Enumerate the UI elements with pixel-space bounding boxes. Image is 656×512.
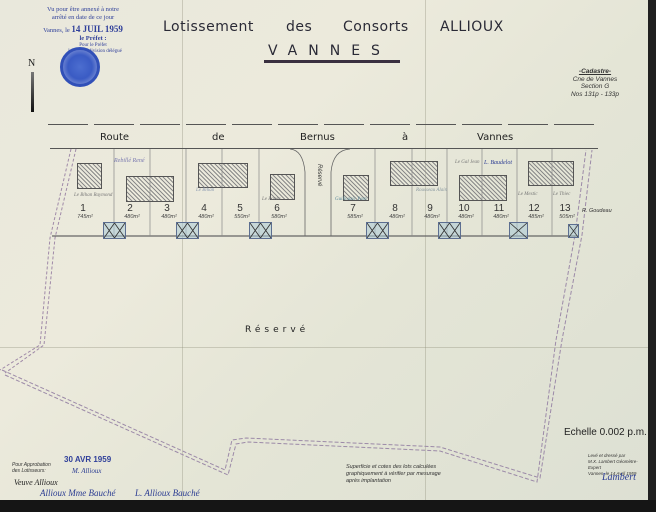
lot-9: 9480m² <box>418 203 446 220</box>
garage-marker-icon <box>176 222 199 239</box>
parcel-outline-drawing <box>0 0 648 500</box>
signature: Allioux Mme Bauché <box>40 488 115 498</box>
lot-owner-note: Rousseau Alain <box>416 188 447 193</box>
surveyor-line: M.X. Lambert Géomètre-Expert <box>588 459 648 471</box>
lot-area: 480m² <box>192 214 220 220</box>
lot-owner-note: Guillouzic Yvon <box>335 197 367 202</box>
lot-owner-note: L. Baudelot <box>484 160 512 166</box>
lot-owner-note: Le Bihan Raymond <box>74 193 112 198</box>
lot-area: 480m² <box>383 214 411 220</box>
lot-10: 10480m² <box>452 203 480 220</box>
building-footprint <box>390 161 438 186</box>
lot-area: 480m² <box>155 214 183 220</box>
note-line: graphiquement à vérifier par mesurage <box>346 471 441 478</box>
lot-6: 6580m² <box>265 203 293 220</box>
building-footprint <box>459 175 507 201</box>
lot-owner-note: Le Gal Jean <box>455 160 479 165</box>
garage-marker-icon <box>103 222 126 239</box>
lot-8: 8480m² <box>383 203 411 220</box>
lot-area: 480m² <box>452 214 480 220</box>
reserved-area-label: Réservé <box>245 325 309 335</box>
garage-marker-icon <box>509 222 528 239</box>
cadastral-plan-sheet: Vu pour être annexé à notre arrêté en da… <box>0 0 648 500</box>
lot-area: 480m² <box>487 214 515 220</box>
lot-5: 5550m² <box>228 203 256 220</box>
garage-marker-icon <box>249 222 272 239</box>
lot-area: 550m² <box>228 214 256 220</box>
lot-number: 4 <box>192 203 216 214</box>
lot-owner-note: Le Thiec <box>553 192 570 197</box>
lot-1: 1745m² <box>71 203 99 220</box>
lot-11: 11480m² <box>487 203 515 220</box>
approval-block: Pour Approbation des Lotisseurs: <box>12 462 51 474</box>
lot-owner-note: Rebillé René <box>114 158 144 164</box>
approval-line: des Lotisseurs: <box>12 468 51 474</box>
lot-number: 8 <box>383 203 407 214</box>
surface-note: Superficie et cotes des lots calculées g… <box>346 464 441 485</box>
note-line: Superficie et cotes des lots calculées <box>346 464 441 471</box>
lot-number: 9 <box>418 203 442 214</box>
building-footprint <box>77 163 102 189</box>
lot-2: 2480m² <box>118 203 146 220</box>
lot-number: 3 <box>155 203 179 214</box>
lot-area: 505m² <box>553 214 581 220</box>
lot-number: 2 <box>118 203 142 214</box>
building-footprint <box>126 176 174 202</box>
reserved-lane-label: Réservé <box>316 164 322 186</box>
garage-marker-icon <box>568 224 579 238</box>
lot-number: 11 <box>487 203 511 214</box>
signature: M. Allioux <box>72 467 101 475</box>
signature: L. Allioux Bauché <box>135 488 200 498</box>
note-line: après implantation <box>346 478 441 485</box>
lot-area: 485m² <box>522 214 550 220</box>
lot-area: 745m² <box>71 214 99 220</box>
surveyor-signature: Lambert <box>602 472 636 483</box>
lot-area: 480m² <box>418 214 446 220</box>
lot-owner-note: Le Pavec <box>262 197 280 202</box>
lot-number: 6 <box>265 203 289 214</box>
lot-4: 4480m² <box>192 203 220 220</box>
building-footprint <box>198 163 248 188</box>
signature: Veuve Allioux <box>14 478 58 487</box>
lot-number: 7 <box>341 203 365 214</box>
lot-number: 10 <box>452 203 476 214</box>
neighbor-label: R. Goudeau <box>582 208 612 214</box>
lot-owner-note: Le Bihan <box>196 188 214 193</box>
lot-area: 580m² <box>265 214 293 220</box>
background-edge <box>648 0 656 512</box>
lot-number: 12 <box>522 203 546 214</box>
lot-area: 585m² <box>341 214 369 220</box>
lot-7: 7585m² <box>341 203 369 220</box>
lot-number: 13 <box>553 203 577 214</box>
lot-area: 480m² <box>118 214 146 220</box>
background-edge <box>0 500 656 512</box>
building-footprint <box>528 161 574 186</box>
lot-3: 3480m² <box>155 203 183 220</box>
garage-marker-icon <box>366 222 389 239</box>
lot-12: 12485m² <box>522 203 550 220</box>
garage-marker-icon <box>438 222 461 239</box>
lot-number: 1 <box>71 203 95 214</box>
approval-date-stamp: 30 AVR 1959 <box>64 455 111 464</box>
scale-label: Echelle 0.002 p.m. <box>564 427 647 438</box>
lot-owner-note: Le Mestic <box>518 192 538 197</box>
lot-13: 13505m² <box>553 203 581 220</box>
lot-number: 5 <box>228 203 252 214</box>
